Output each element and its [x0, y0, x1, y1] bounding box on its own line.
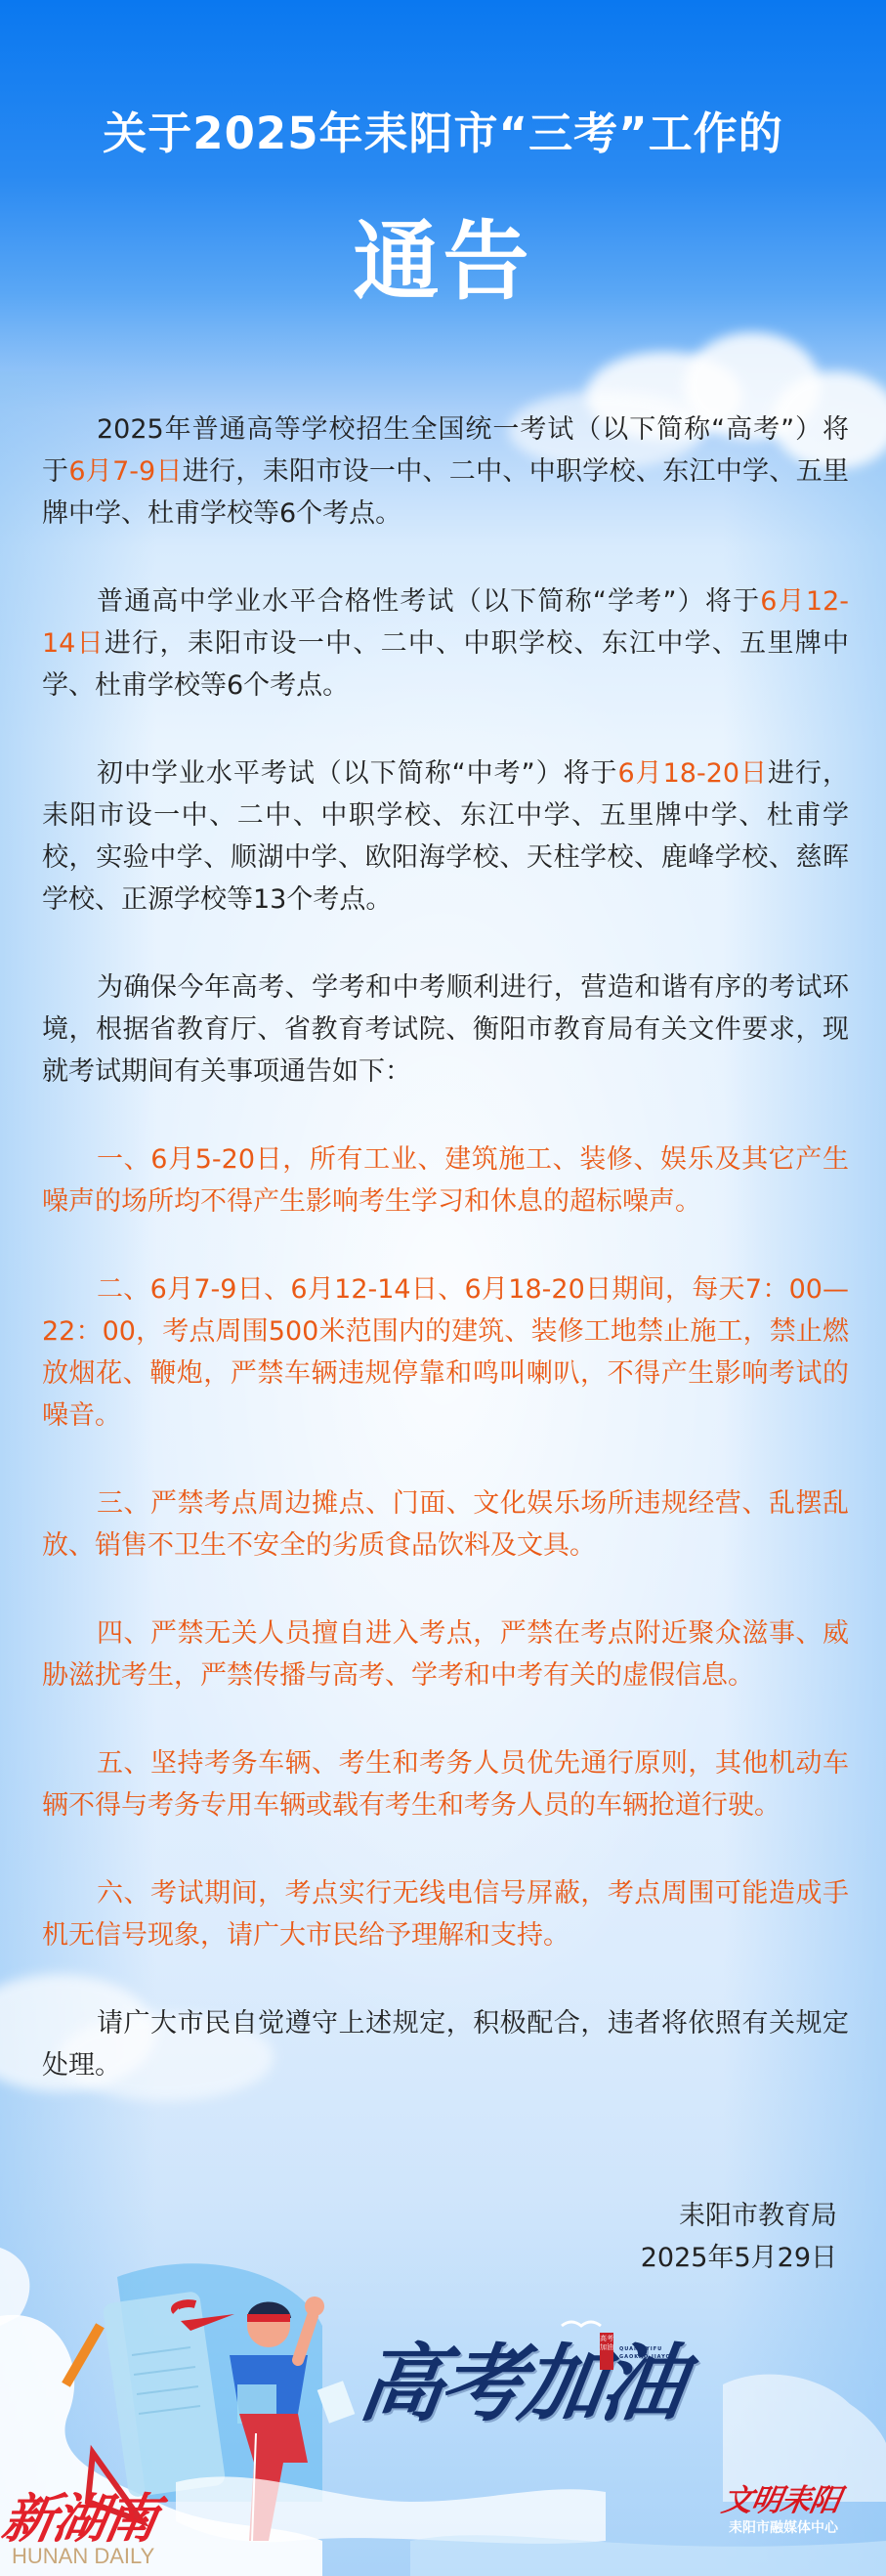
- paragraph-text: 请广大市民自觉遵守上述规定，积极配合，违者将依照有关规定处理。: [42, 2008, 849, 2081]
- slogan-pinyin-line1: QUANLIYIFU: [619, 2345, 676, 2353]
- hunan-daily-logo: 新湖南: [0, 2477, 163, 2553]
- hunan-daily-logo-subtitle: HUNAN DAILY: [12, 2544, 154, 2569]
- paragraph-text: 六、考试期间，考点实行无线电信号屏蔽，考点周围可能造成手机无信号现象，请广大市民…: [42, 1878, 849, 1951]
- highlighted-date: 6月18-20日: [618, 758, 769, 789]
- notice-paragraph: 三、严禁考点周边摊点、门面、文化娱乐场所违规经营、乱摆乱放、销售不卫生不安全的劣…: [42, 1482, 849, 1567]
- notice-paragraph: 二、6月7-9日、6月12-14日、6月18-20日期间，每天7：00—22：0…: [42, 1268, 849, 1437]
- wenming-leiyang-logo-subtitle: 耒阳市融媒体中心: [729, 2517, 838, 2537]
- slogan-pinyin: QUANLIYIFU GAOKAO JIAYOU: [619, 2345, 676, 2361]
- wenming-leiyang-logo: 文明耒阳: [719, 2475, 844, 2519]
- notice-paragraph: 一、6月5-20日，所有工业、建筑施工、装修、娱乐及其它产生噪声的场所均不得产生…: [42, 1138, 849, 1223]
- paragraph-text: 为确保今年高考、学考和中考顺利进行，营造和谐有序的考试环境，根据省教育厅、省教育…: [42, 972, 849, 1087]
- paragraph-text: 初中学业水平考试（以下简称“中考”）将于: [97, 758, 618, 789]
- paragraph-text: 进行，耒阳市设一中、二中、中职学校、东江中学、五里牌中学、杜甫学校等6个考点。: [42, 628, 849, 701]
- paragraph-text: 一、6月5-20日，所有工业、建筑施工、装修、娱乐及其它产生噪声的场所均不得产生…: [42, 1144, 849, 1217]
- notice-paragraph: 初中学业水平考试（以下简称“中考”）将于6月18-20日进行，耒阳市设一中、二中…: [42, 752, 849, 921]
- issuer-name: 耒阳市教育局: [641, 2195, 837, 2237]
- notice-paragraph: 请广大市民自觉遵守上述规定，积极配合，违者将依照有关规定处理。: [42, 2002, 849, 2086]
- slogan-text: 高考加油: [353, 2316, 690, 2437]
- notice-subtitle: 通告: [0, 193, 886, 317]
- notice-paragraph: 五、坚持考务车辆、考生和考务人员优先通行原则，其他机动车辆不得与考务专用车辆或载…: [42, 1742, 849, 1826]
- slogan-seal: 高考加油: [600, 2333, 613, 2370]
- paragraph-text: 普通高中学业水平合格性考试（以下简称“学考”）将于: [97, 586, 760, 617]
- paragraph-text: 三、严禁考点周边摊点、门面、文化娱乐场所违规经营、乱摆乱放、销售不卫生不安全的劣…: [42, 1488, 849, 1561]
- notice-paragraph: 六、考试期间，考点实行无线电信号屏蔽，考点周围可能造成手机无信号现象，请广大市民…: [42, 1872, 849, 1956]
- notice-paragraph: 普通高中学业水平合格性考试（以下简称“学考”）将于6月12-14日进行，耒阳市设…: [42, 580, 849, 707]
- notice-title: 关于2025年耒阳市“三考”工作的: [0, 98, 886, 161]
- notice-paragraph: 为确保今年高考、学考和中考顺利进行，营造和谐有序的考试环境，根据省教育厅、省教育…: [42, 966, 849, 1093]
- paragraph-text: 五、坚持考务车辆、考生和考务人员优先通行原则，其他机动车辆不得与考务专用车辆或载…: [42, 1748, 849, 1821]
- notice-paragraph: 四、严禁无关人员擅自进入考点，严禁在考点附近聚众滋事、威胁滋扰考生，严禁传播与高…: [42, 1612, 849, 1696]
- paragraph-text: 四、严禁无关人员擅自进入考点，严禁在考点附近聚众滋事、威胁滋扰考生，严禁传播与高…: [42, 1618, 849, 1691]
- paragraph-text: 二、6月7-9日、6月12-14日、6月18-20日期间，每天7：00—22：0…: [42, 1274, 849, 1431]
- notice-paragraph: 2025年普通高等学校招生全国统一考试（以下简称“高考”）将于6月7-9日进行，…: [42, 408, 849, 535]
- notice-body: 2025年普通高等学校招生全国统一考试（以下简称“高考”）将于6月7-9日进行，…: [42, 408, 849, 2132]
- slogan-pinyin-line2: GAOKAO JIAYOU: [619, 2353, 676, 2361]
- highlighted-date: 6月7-9日: [68, 456, 182, 487]
